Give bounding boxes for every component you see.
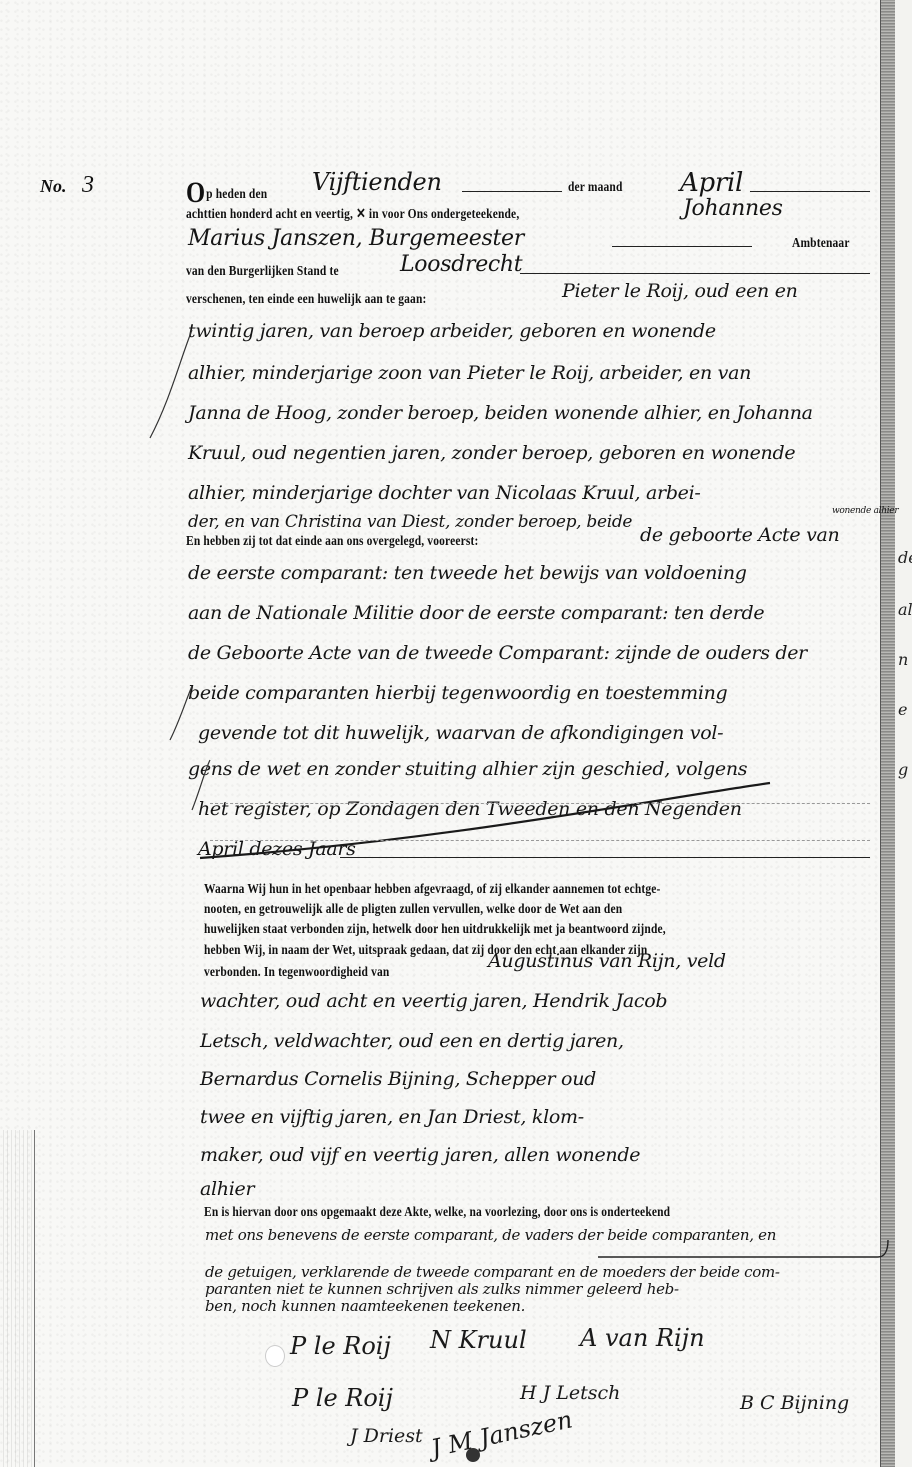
printed-closing-line: En is hiervan door ons opgemaakt deze Ak… (204, 1205, 670, 1221)
paper-hole (265, 1345, 285, 1367)
handwritten-closing-note: ben, noch kunnen naamteekenen teekenen. (205, 1297, 525, 1315)
handwritten-closing-note: met ons benevens de eerste comparant, de… (205, 1226, 776, 1244)
cancellation-strokes (0, 0, 912, 1467)
handwritten-witnesses-first: Augustinus van Rijn, veld (488, 950, 726, 972)
printed-waarna-line: huwelijken staat verbonden zijn, hetwelk… (204, 922, 666, 938)
handwritten-witness-line: maker, oud vijf en veertig jaren, allen … (200, 1144, 640, 1166)
signature: H J Letsch (520, 1382, 620, 1404)
printed-witnesses-prefix: verbonden. In tegenwoordigheid van (204, 965, 389, 981)
handwritten-witness-line: twee en vijftig jaren, en Jan Driest, kl… (200, 1106, 584, 1128)
handwritten-closing-note: de getuigen, verklarende de tweede compa… (205, 1263, 780, 1281)
handwritten-witness-line: Bernardus Cornelis Bijning, Schepper oud (200, 1068, 596, 1090)
signature: A van Rijn (580, 1324, 705, 1352)
signature: P le Roij (290, 1332, 391, 1360)
document-page: No. 3 Op heden den Vijftienden der maand… (0, 0, 912, 1467)
signature: N Kruul (430, 1326, 527, 1354)
margin-fragment: n (898, 650, 908, 669)
margin-fragment: ale (898, 600, 912, 619)
printed-waarna-line: Waarna Wij hun in het openbaar hebben af… (204, 882, 661, 898)
signature: J Driest (350, 1425, 423, 1447)
printed-waarna-line: nooten, en getrouwelijk alle de pligten … (204, 902, 622, 918)
margin-fragment: e (898, 700, 907, 719)
signature: B C Bijning (740, 1392, 849, 1414)
signature: P le Roij (292, 1384, 393, 1412)
handwritten-closing-note: paranten niet te kunnen schrijven als zu… (205, 1280, 679, 1298)
margin-fragment: g (898, 760, 908, 779)
margin-fragment: de (898, 548, 912, 567)
ink-blot (466, 1448, 480, 1462)
handwritten-witness-line: wachter, oud acht en veertig jaren, Hend… (200, 990, 667, 1012)
handwritten-witness-line: alhier (200, 1178, 254, 1200)
ruled-line (210, 803, 870, 804)
ruled-line (210, 840, 870, 841)
handwritten-witness-line: Letsch, veldwachter, oud een en dertig j… (200, 1030, 624, 1052)
